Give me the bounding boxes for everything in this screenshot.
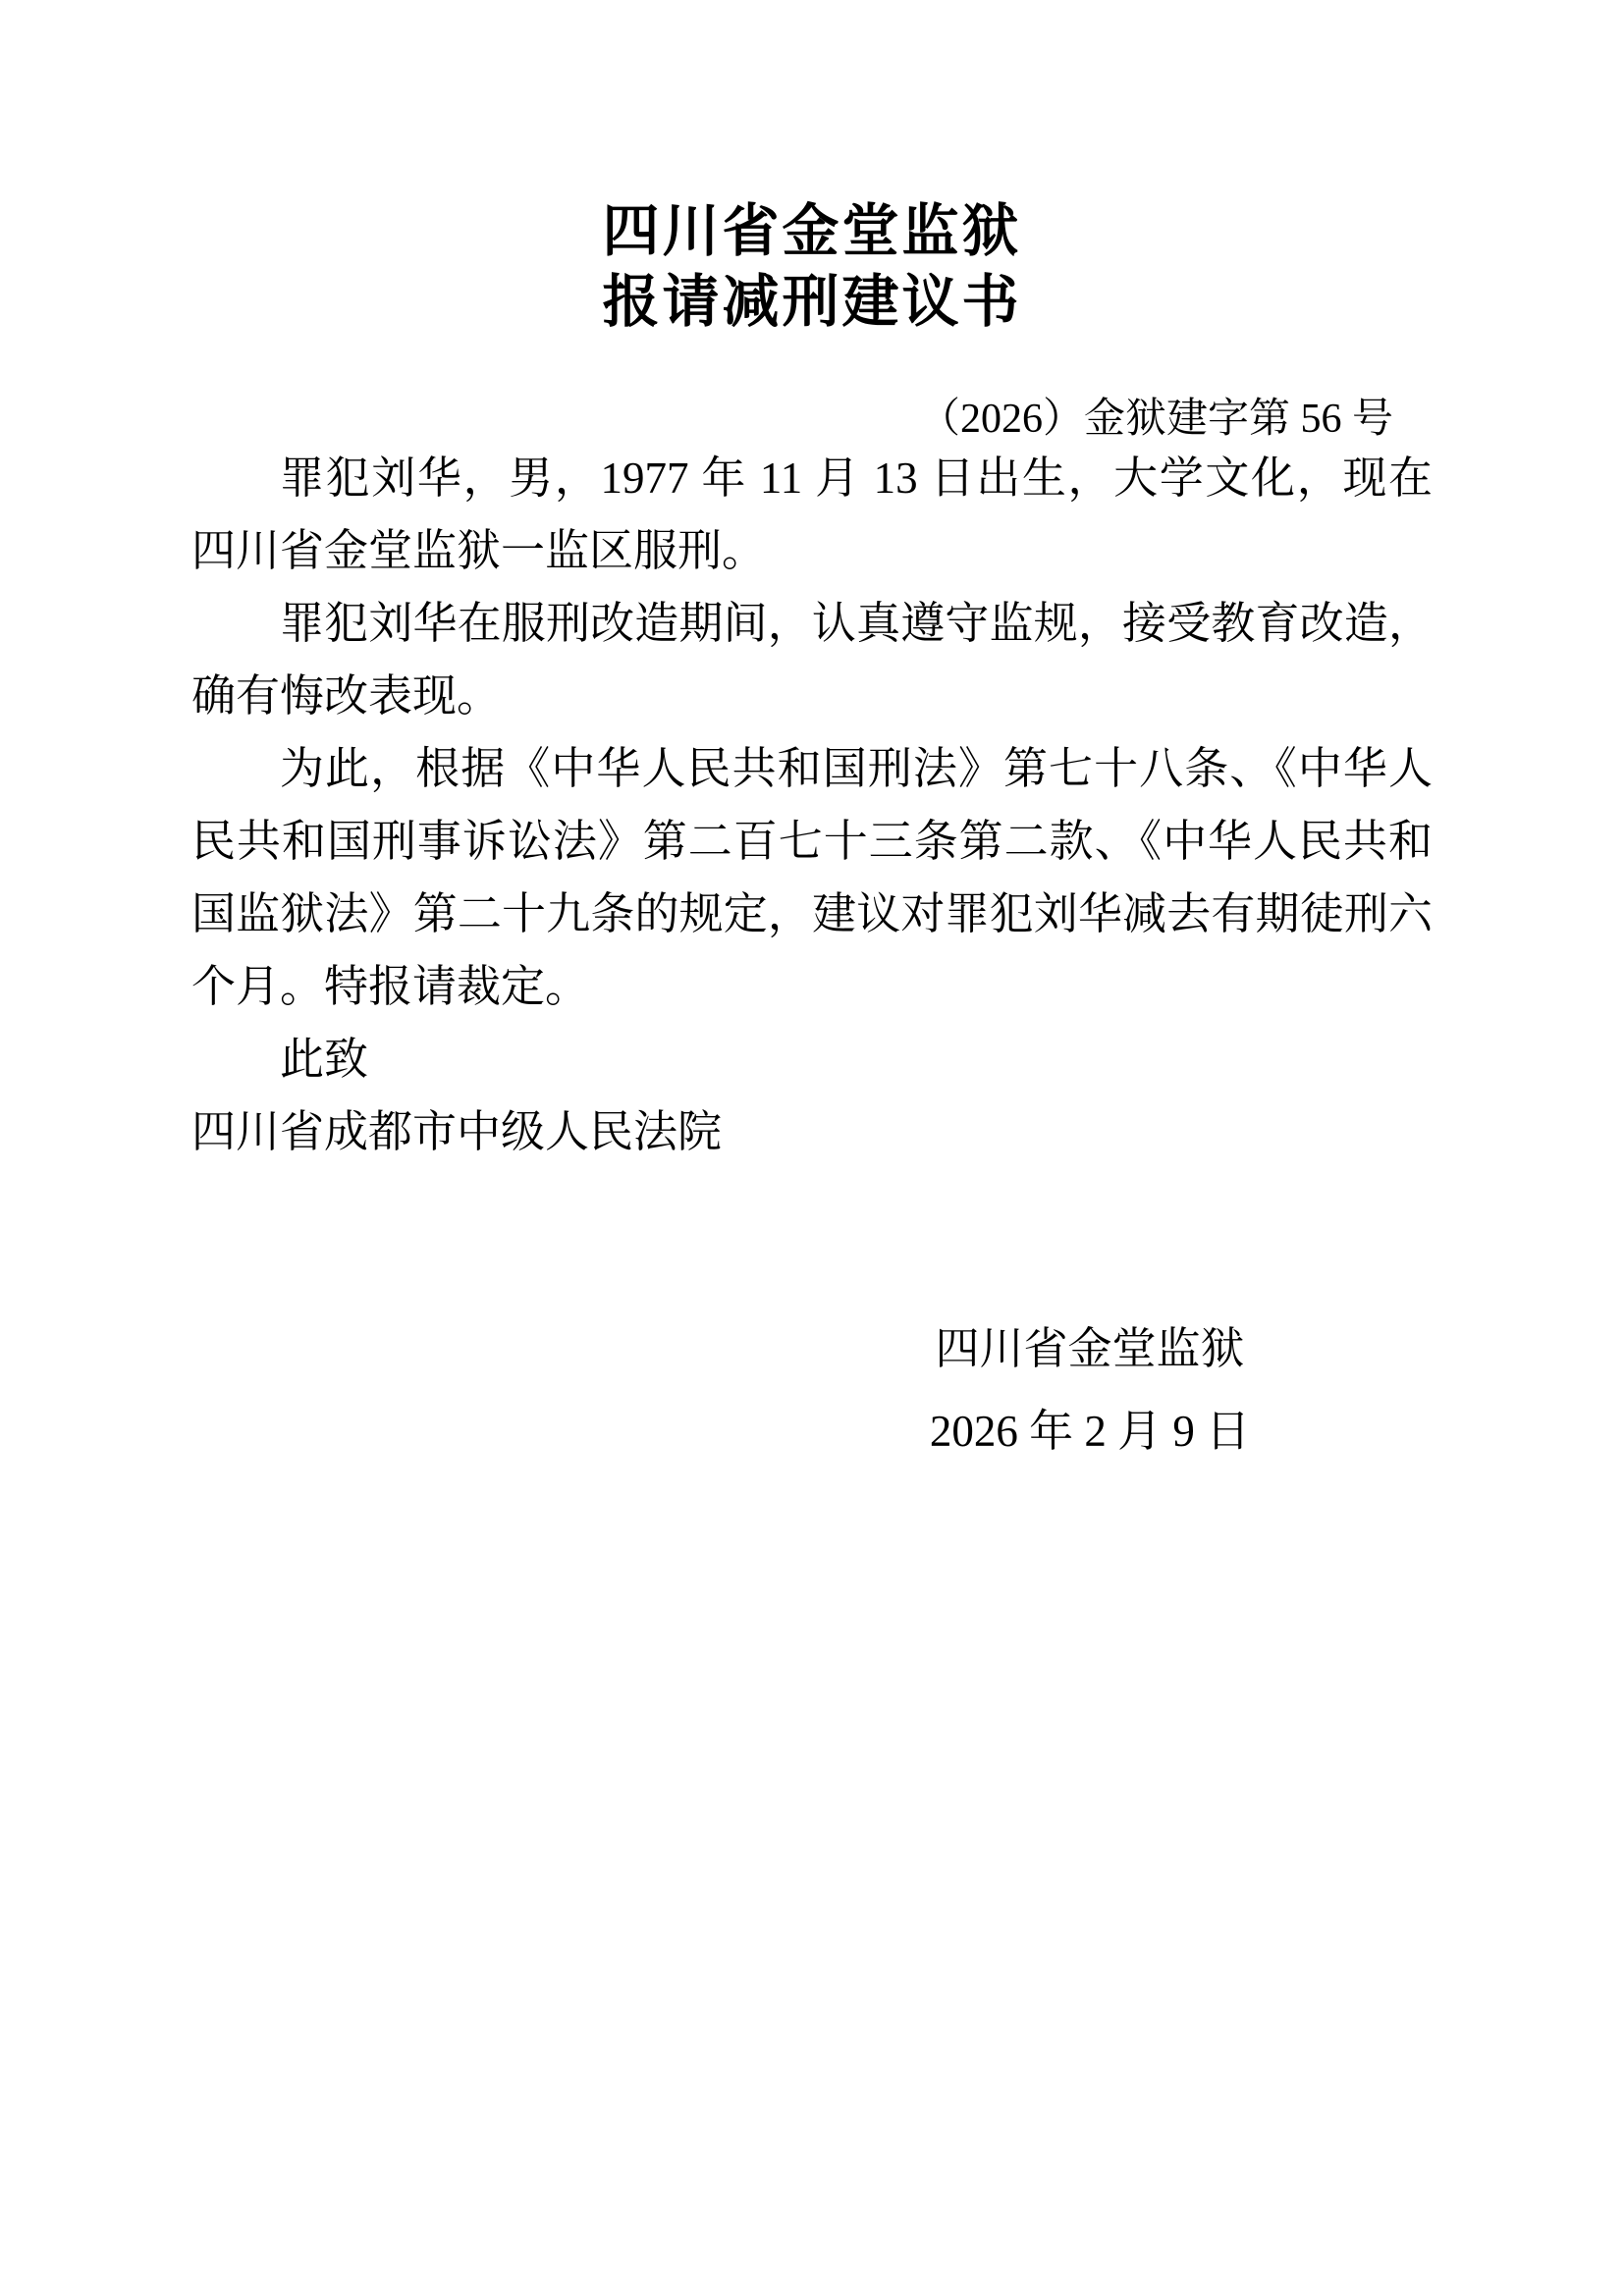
document-title-line1: 四川省金堂监狱 xyxy=(0,196,1624,267)
signature-block: 四川省金堂监狱 2026 年 2 月 9 日 xyxy=(874,1317,1306,1463)
document-page: 四川省金堂监狱 报请减刑建议书 （2026）金狱建字第 56 号 罪犯刘华，男，… xyxy=(0,0,1624,2296)
signature-date: 2026 年 2 月 9 日 xyxy=(874,1400,1306,1463)
recipient-court: 四川省成都市中级人民法院 xyxy=(191,1095,1433,1168)
document-title-line2: 报请减刑建议书 xyxy=(0,267,1624,338)
document-body: 罪犯刘华，男，1977 年 11 月 13 日出生，大学文化，现在四川省金堂监狱… xyxy=(191,442,1433,1168)
paragraph-conduct: 罪犯刘华在服刑改造期间，认真遵守监规，接受教育改造，确有悔改表现。 xyxy=(191,587,1433,732)
paragraph-legal-basis: 为此，根据《中华人民共和国刑法》第七十八条、《中华人民共和国刑事诉讼法》第二百七… xyxy=(191,732,1433,1023)
document-number: （2026）金狱建字第 56 号 xyxy=(919,391,1393,448)
paragraph-offender-info: 罪犯刘华，男，1977 年 11 月 13 日出生，大学文化，现在四川省金堂监狱… xyxy=(191,442,1433,587)
document-title: 四川省金堂监狱 报请减刑建议书 xyxy=(0,196,1624,338)
salutation: 此致 xyxy=(191,1023,1433,1095)
signature-organization: 四川省金堂监狱 xyxy=(874,1317,1306,1380)
